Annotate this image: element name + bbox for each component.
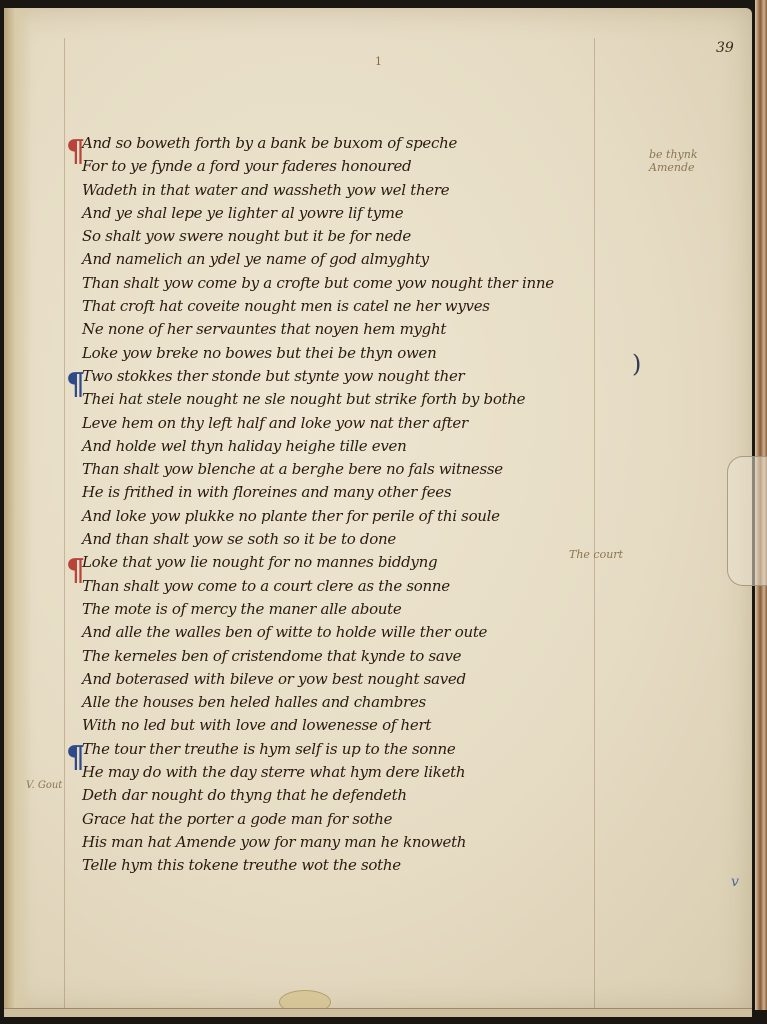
text-line: The kerneles ben of cristendome that kyn… — [82, 645, 662, 668]
page-gutter — [4, 8, 32, 1012]
text-line: And alle the walles ben of witte to hold… — [82, 621, 662, 644]
text-line: Wadeth in that water and wassheth yow we… — [82, 179, 662, 202]
text-line: Deth dar nought do thyng that he defende… — [82, 784, 662, 807]
text-line: So shalt yow swere nought but it be for … — [82, 225, 662, 248]
text-line: Thei hat stele nought ne sle nought but … — [82, 388, 662, 411]
text-line: ¶Two stokkes ther stonde but stynte yow … — [82, 365, 662, 388]
text-line: Ne none of her servauntes that noyen hem… — [82, 318, 662, 341]
text-line: Than shalt yow come to a court clere as … — [82, 575, 662, 598]
page-bottom-edge — [4, 1008, 752, 1017]
text-line: For to ye fynde a ford your faderes hono… — [82, 155, 662, 178]
text-line: That croft hat coveite nought men is cat… — [82, 295, 662, 318]
text-line: His man hat Amende yow for many man he k… — [82, 831, 662, 854]
ruling-line — [64, 38, 65, 1008]
rubric-initial-blue: ¶ — [66, 738, 80, 782]
rubric-initial-red: ¶ — [66, 551, 80, 595]
signature-mark: 1 — [375, 55, 382, 68]
text-line: He is frithed in with floreines and many… — [82, 481, 662, 504]
folio-number: 39 — [716, 40, 734, 56]
text-line: And namelich an ydel ye name of god almy… — [82, 248, 662, 271]
text-line: And holde wel thyn haliday heighe tille … — [82, 435, 662, 458]
rubric-initial-red: ¶ — [66, 132, 80, 176]
text-line: And ye shal lepe ye lighter al yowre lif… — [82, 202, 662, 225]
text-line: ¶The tour ther treuthe is hym self is up… — [82, 738, 662, 761]
text-line: Than shalt yow blenche at a berghe bere … — [82, 458, 662, 481]
text-line: Than shalt yow come by a crofte but come… — [82, 272, 662, 295]
text-line: Alle the houses ben heled halles and cha… — [82, 691, 662, 714]
text-line: The mote is of mercy the maner alle abou… — [82, 598, 662, 621]
text-line: ¶And so boweth forth by a bank be buxom … — [82, 132, 662, 155]
text-line: And boterased with bileve or yow best no… — [82, 668, 662, 691]
page-clip — [727, 456, 767, 586]
text-line: Leve hem on thy left half and loke yow n… — [82, 412, 662, 435]
text-line: Telle hym this tokene treuthe wot the so… — [82, 854, 662, 877]
margin-note-left: V. Gout — [26, 780, 62, 791]
text-column: ¶And so boweth forth by a bank be buxom … — [82, 132, 662, 878]
text-line: And than shalt yow se soth so it be to d… — [82, 528, 662, 551]
margin-mark-blue: v — [731, 874, 739, 890]
text-line: Loke yow breke no bowes but thei be thyn… — [82, 342, 662, 365]
manuscript-page: 39 1 be thynk Amende The court V. Gout )… — [4, 8, 752, 1012]
text-line: With no led but with love and lowenesse … — [82, 714, 662, 737]
text-line: ¶Loke that yow lie nought for no mannes … — [82, 551, 662, 574]
text-line: He may do with the day sterre what hym d… — [82, 761, 662, 784]
rubric-initial-blue: ¶ — [66, 365, 80, 409]
text-line: And loke yow plukke no plante ther for p… — [82, 505, 662, 528]
text-line: Grace hat the porter a gode man for soth… — [82, 808, 662, 831]
